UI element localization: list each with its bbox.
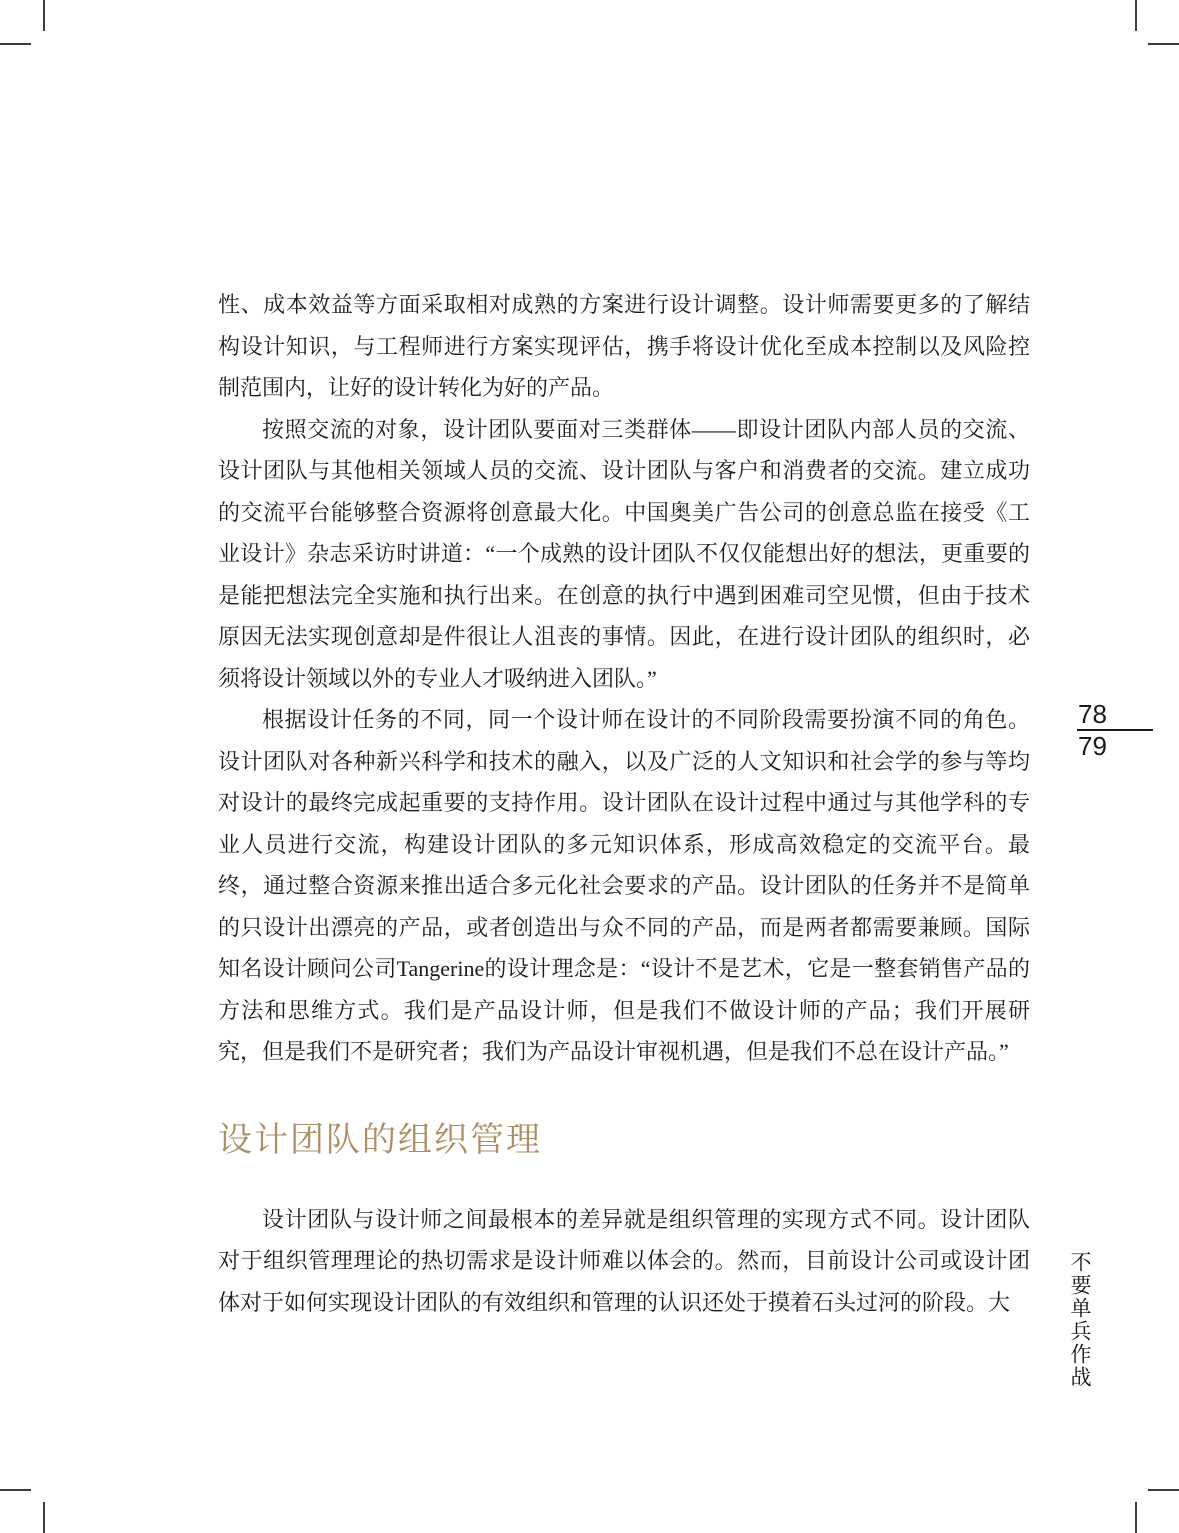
- crop-mark-top-right-vertical: [1135, 0, 1137, 31]
- crop-mark-top-right-horizontal: [1148, 43, 1179, 45]
- paragraph: 根据设计任务的不同，同一个设计师在设计的不同阶段需要扮演不同的角色。设计团队对各…: [218, 699, 1030, 1073]
- crop-mark-top-left-horizontal: [0, 43, 31, 45]
- crop-mark-top-left-vertical: [43, 0, 45, 31]
- page-number-next: 79: [1077, 733, 1153, 760]
- chapter-title-vertical: 不要单兵作战: [1064, 1251, 1094, 1389]
- paragraph: 设计团队与设计师之间最根本的差异就是组织管理的实现方式不同。设计团队对于组织管理…: [218, 1199, 1030, 1324]
- book-page: 性、成本效益等方面采取相对成熟的方案进行设计调整。设计师需要更多的了解结构设计知…: [0, 0, 1179, 1533]
- text-column: 性、成本效益等方面采取相对成熟的方案进行设计调整。设计师需要更多的了解结构设计知…: [218, 284, 1030, 1323]
- crop-mark-bottom-right-horizontal: [1148, 1489, 1179, 1491]
- crop-mark-bottom-left-horizontal: [0, 1489, 31, 1491]
- section-heading: 设计团队的组织管理: [218, 1116, 1030, 1164]
- paragraph-continuation: 性、成本效益等方面采取相对成熟的方案进行设计调整。设计师需要更多的了解结构设计知…: [218, 284, 1030, 409]
- crop-mark-bottom-right-vertical: [1135, 1502, 1137, 1533]
- paragraph: 按照交流的对象，设计团队要面对三类群体——即设计团队内部人员的交流、设计团队与其…: [218, 409, 1030, 700]
- page-number-current: 78: [1077, 701, 1153, 728]
- page-number-block: 78 79: [1077, 701, 1153, 760]
- crop-mark-bottom-left-vertical: [43, 1502, 45, 1533]
